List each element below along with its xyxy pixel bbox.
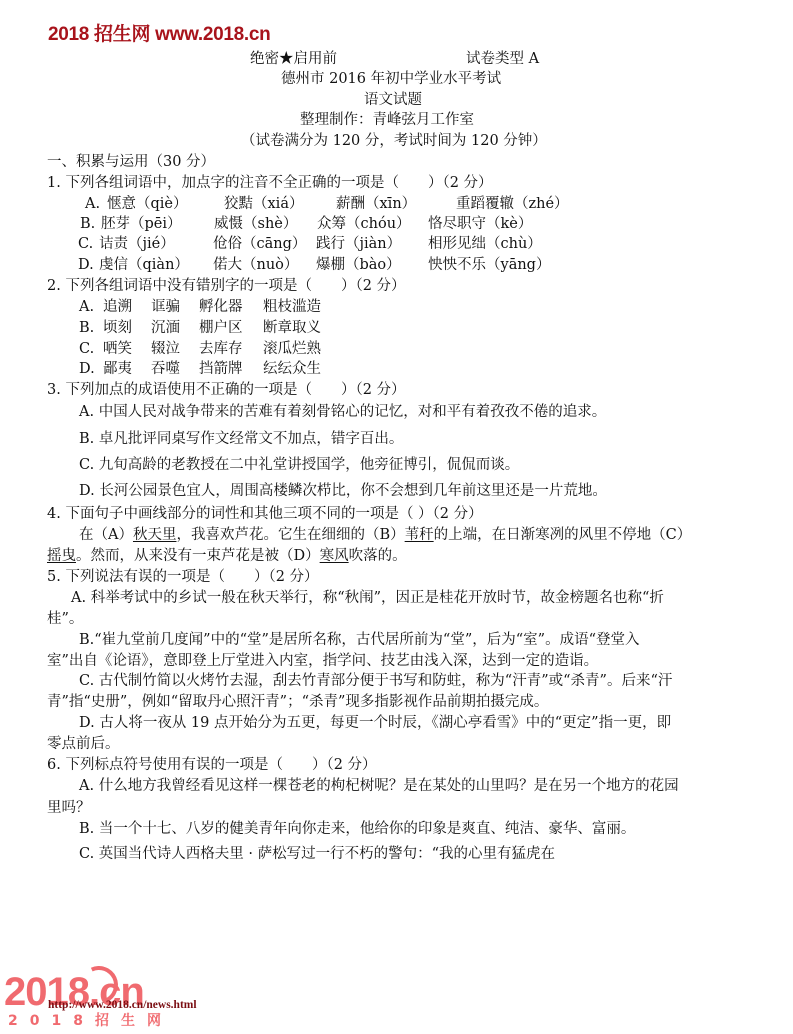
question-5-option-a-line-2: 桂”。: [47, 609, 83, 629]
question-4-passage-line-2: 摇曳。然而，从来没有一束芦花是被（D）寒风吹落的。: [47, 546, 407, 566]
option-item: 断章取义: [263, 318, 321, 338]
option-text: 九旬高龄的老教授在二中礼堂讲授国学，他旁征博引，侃侃而谈。: [99, 457, 520, 473]
subject-title: 语文试题: [364, 90, 422, 110]
question-5-option-a-line-1: A. 科举考试中的乡试一般在秋天举行，称“秋闱”，因正是桂花开放时节，故金榜题名…: [71, 588, 664, 608]
option-item: 鄙夷: [103, 359, 132, 379]
question-3-stem: 3. 下列加点的成语使用不正确的一项是（ ）（2 分）: [47, 380, 406, 400]
passage-text: ，我喜欢芦花。它生在细细的（B）: [176, 527, 404, 543]
question-6-option-b: B. 当一个十七、八岁的健美青年向你走来，他给你的印象是爽直、纯洁、豪华、富丽。: [79, 819, 635, 839]
secrecy-label: 绝密★启用前: [250, 49, 337, 69]
question-4-stem: 4. 下面句子中画线部分的词性和其他三项不同的一项是（ ）（2 分）: [47, 504, 483, 524]
option-item: 狡黠（xiá）: [224, 194, 303, 214]
question-6-stem: 6. 下列标点符号使用有误的一项是（ ）（2 分）: [47, 755, 377, 775]
question-6-option-a-line-2: 里吗？: [47, 798, 91, 818]
option-label: D.: [79, 359, 95, 379]
option-item: 伧俗（cāng）: [213, 234, 306, 254]
section-title: 一、积累与运用（30 分）: [47, 152, 215, 172]
question-3-option-b: B. 卓凡批评同桌写作文经常文不加点，错字百出。: [79, 429, 403, 449]
option-label: A.: [79, 404, 94, 420]
question-3-option-a: A. 中国人民对战争带来的苦难有着刻骨铭心的记忆，对和平有着孜孜不倦的追求。: [79, 402, 606, 422]
option-item: 追溯: [103, 297, 132, 317]
option-item: 去库存: [199, 339, 243, 359]
passage-text: 。然而，从来没有一束芦花是被（D）: [76, 548, 320, 564]
option-label: A.: [85, 194, 100, 214]
option-item: 威慑（shè）: [214, 214, 297, 234]
question-3-option-d: D. 长河公园景色宜人，周围高楼鳞次栉比，你不会想到几年前这里还是一片荒地。: [79, 481, 607, 501]
option-item: 顷刻: [103, 318, 132, 338]
compiler-line: 整理制作：青峰弦月工作室: [300, 110, 474, 130]
option-label: B.: [80, 214, 95, 234]
option-item: 薪酬（xīn）: [336, 194, 416, 214]
paper-type-label: 试卷类型 A: [466, 49, 539, 69]
question-4-passage-line-1: 在（A）秋天里，我喜欢芦花。它生在细细的（B）苇秆的上端，在日渐寒冽的风里不停地…: [79, 525, 691, 545]
question-6-option-c: C. 英国当代诗人西格夫里 · 萨松写过一行不朽的警句：“我的心里有猛虎在: [79, 844, 555, 864]
option-item: 挡箭牌: [199, 359, 243, 379]
option-text: 卓凡批评同桌写作文经常文不加点，错字百出。: [99, 431, 404, 447]
question-5-option-d-line-1: D. 古人将一夜从 19 点开始分为五更，每更一个时辰，《湖心亭看雪》中的“更定…: [79, 713, 671, 733]
option-label: D.: [78, 255, 94, 275]
option-item: 沉湎: [151, 318, 180, 338]
option-item: 怏怏不乐（yāng）: [428, 255, 550, 275]
question-6-option-a-line-1: A. 什么地方我曾经看见这样一棵苍老的枸杞树呢？是在某处的山里吗？是在另一个地方…: [79, 776, 679, 796]
question-5-option-b-line-2: 室”出自《论语》，意即登上厅堂进入内室，指学问、技艺由浅入深，达到一定的造诣。: [47, 651, 598, 671]
footer-url-link[interactable]: http://www.2018.cn/news.html: [48, 999, 197, 1011]
option-item: 粗枝滥造: [263, 297, 321, 317]
passage-text: 在（A）: [79, 527, 133, 543]
option-item: 爆棚（bào）: [316, 255, 401, 275]
passage-text: 吹落的。: [349, 548, 407, 564]
option-item: 惬意（qiè）: [107, 194, 188, 214]
question-5-option-c-line-1: C. 古代制竹简以火烤竹去湿，刮去竹青部分便于书写和防蛀，称为“汗青”或“杀青”…: [79, 671, 672, 691]
question-1-stem: 1. 下列各组词语中，加点字的注音不全正确的一项是（ ）（2 分）: [47, 173, 493, 193]
option-item: 胚芽（pēi）: [101, 214, 182, 234]
option-label: D.: [79, 483, 95, 499]
question-3-option-c: C. 九旬高龄的老教授在二中礼堂讲授国学，他旁征博引，侃侃而谈。: [79, 455, 519, 475]
option-item: 践行（jiàn）: [316, 234, 401, 254]
question-5-option-d-line-2: 零点前后。: [47, 734, 120, 754]
option-text: 中国人民对战争带来的苦难有着刻骨铭心的记忆，对和平有着孜孜不倦的追求。: [99, 404, 607, 420]
option-item: 辍泣: [151, 339, 180, 359]
option-item: 吞噬: [151, 359, 180, 379]
option-item: 重蹈覆辙（zhé）: [456, 194, 569, 214]
option-item: 诘责（jié）: [99, 234, 175, 254]
exam-info: （试卷满分为 120 分，考试时间为 120 分钟）: [241, 131, 547, 151]
option-item: 相形见绌（chù）: [428, 234, 542, 254]
underlined-word-a: 秋天里: [133, 527, 177, 543]
underlined-word-c: 摇曳: [47, 548, 76, 564]
question-5-option-b-line-1: B.“崔九堂前几度闻”中的“堂”是居所名称，古代居所前为“堂”，后为“室”。成语…: [79, 630, 639, 650]
passage-text: 的上端，在日渐寒冽的风里不停地（C）: [434, 527, 692, 543]
option-label: A.: [79, 297, 94, 317]
option-label: B.: [79, 431, 94, 447]
option-item: 偌大（nuò）: [213, 255, 298, 275]
option-label: C.: [79, 339, 94, 359]
option-item: 滚瓜烂熟: [263, 339, 321, 359]
option-item: 诓骗: [151, 297, 180, 317]
option-label: C.: [78, 234, 93, 254]
option-label: B.: [79, 318, 94, 338]
option-text: 长河公园景色宜人，周围高楼鳞次栉比，你不会想到几年前这里还是一片荒地。: [99, 483, 607, 499]
question-5-option-c-line-2: 青”指“史册”，例如“留取丹心照汗青”；“杀青”现多指影视作品前期拍摄完成。: [47, 692, 548, 712]
underlined-word-d: 寒风: [320, 548, 349, 564]
logo-subtitle: 2018招生网: [8, 1010, 173, 1030]
option-item: 哂笑: [103, 339, 132, 359]
option-item: 众筹（chóu）: [317, 214, 411, 234]
option-item: 棚户区: [199, 318, 243, 338]
option-item: 恪尽职守（kè）: [428, 214, 532, 234]
option-item: 孵化器: [199, 297, 243, 317]
option-item: 虔信（qiàn）: [99, 255, 189, 275]
exam-title: 德州市 2016 年初中学业水平考试: [281, 69, 501, 89]
site-banner: 2018 招生网 www.2018.cn: [48, 19, 270, 46]
option-label: C.: [79, 457, 94, 473]
option-item: 纭纭众生: [263, 359, 321, 379]
question-2-stem: 2. 下列各组词语中没有错别字的一项是（ ）（2 分）: [47, 276, 406, 296]
underlined-word-b: 苇秆: [405, 527, 434, 543]
question-5-stem: 5. 下列说法有误的一项是（ ）（2 分）: [47, 567, 319, 587]
